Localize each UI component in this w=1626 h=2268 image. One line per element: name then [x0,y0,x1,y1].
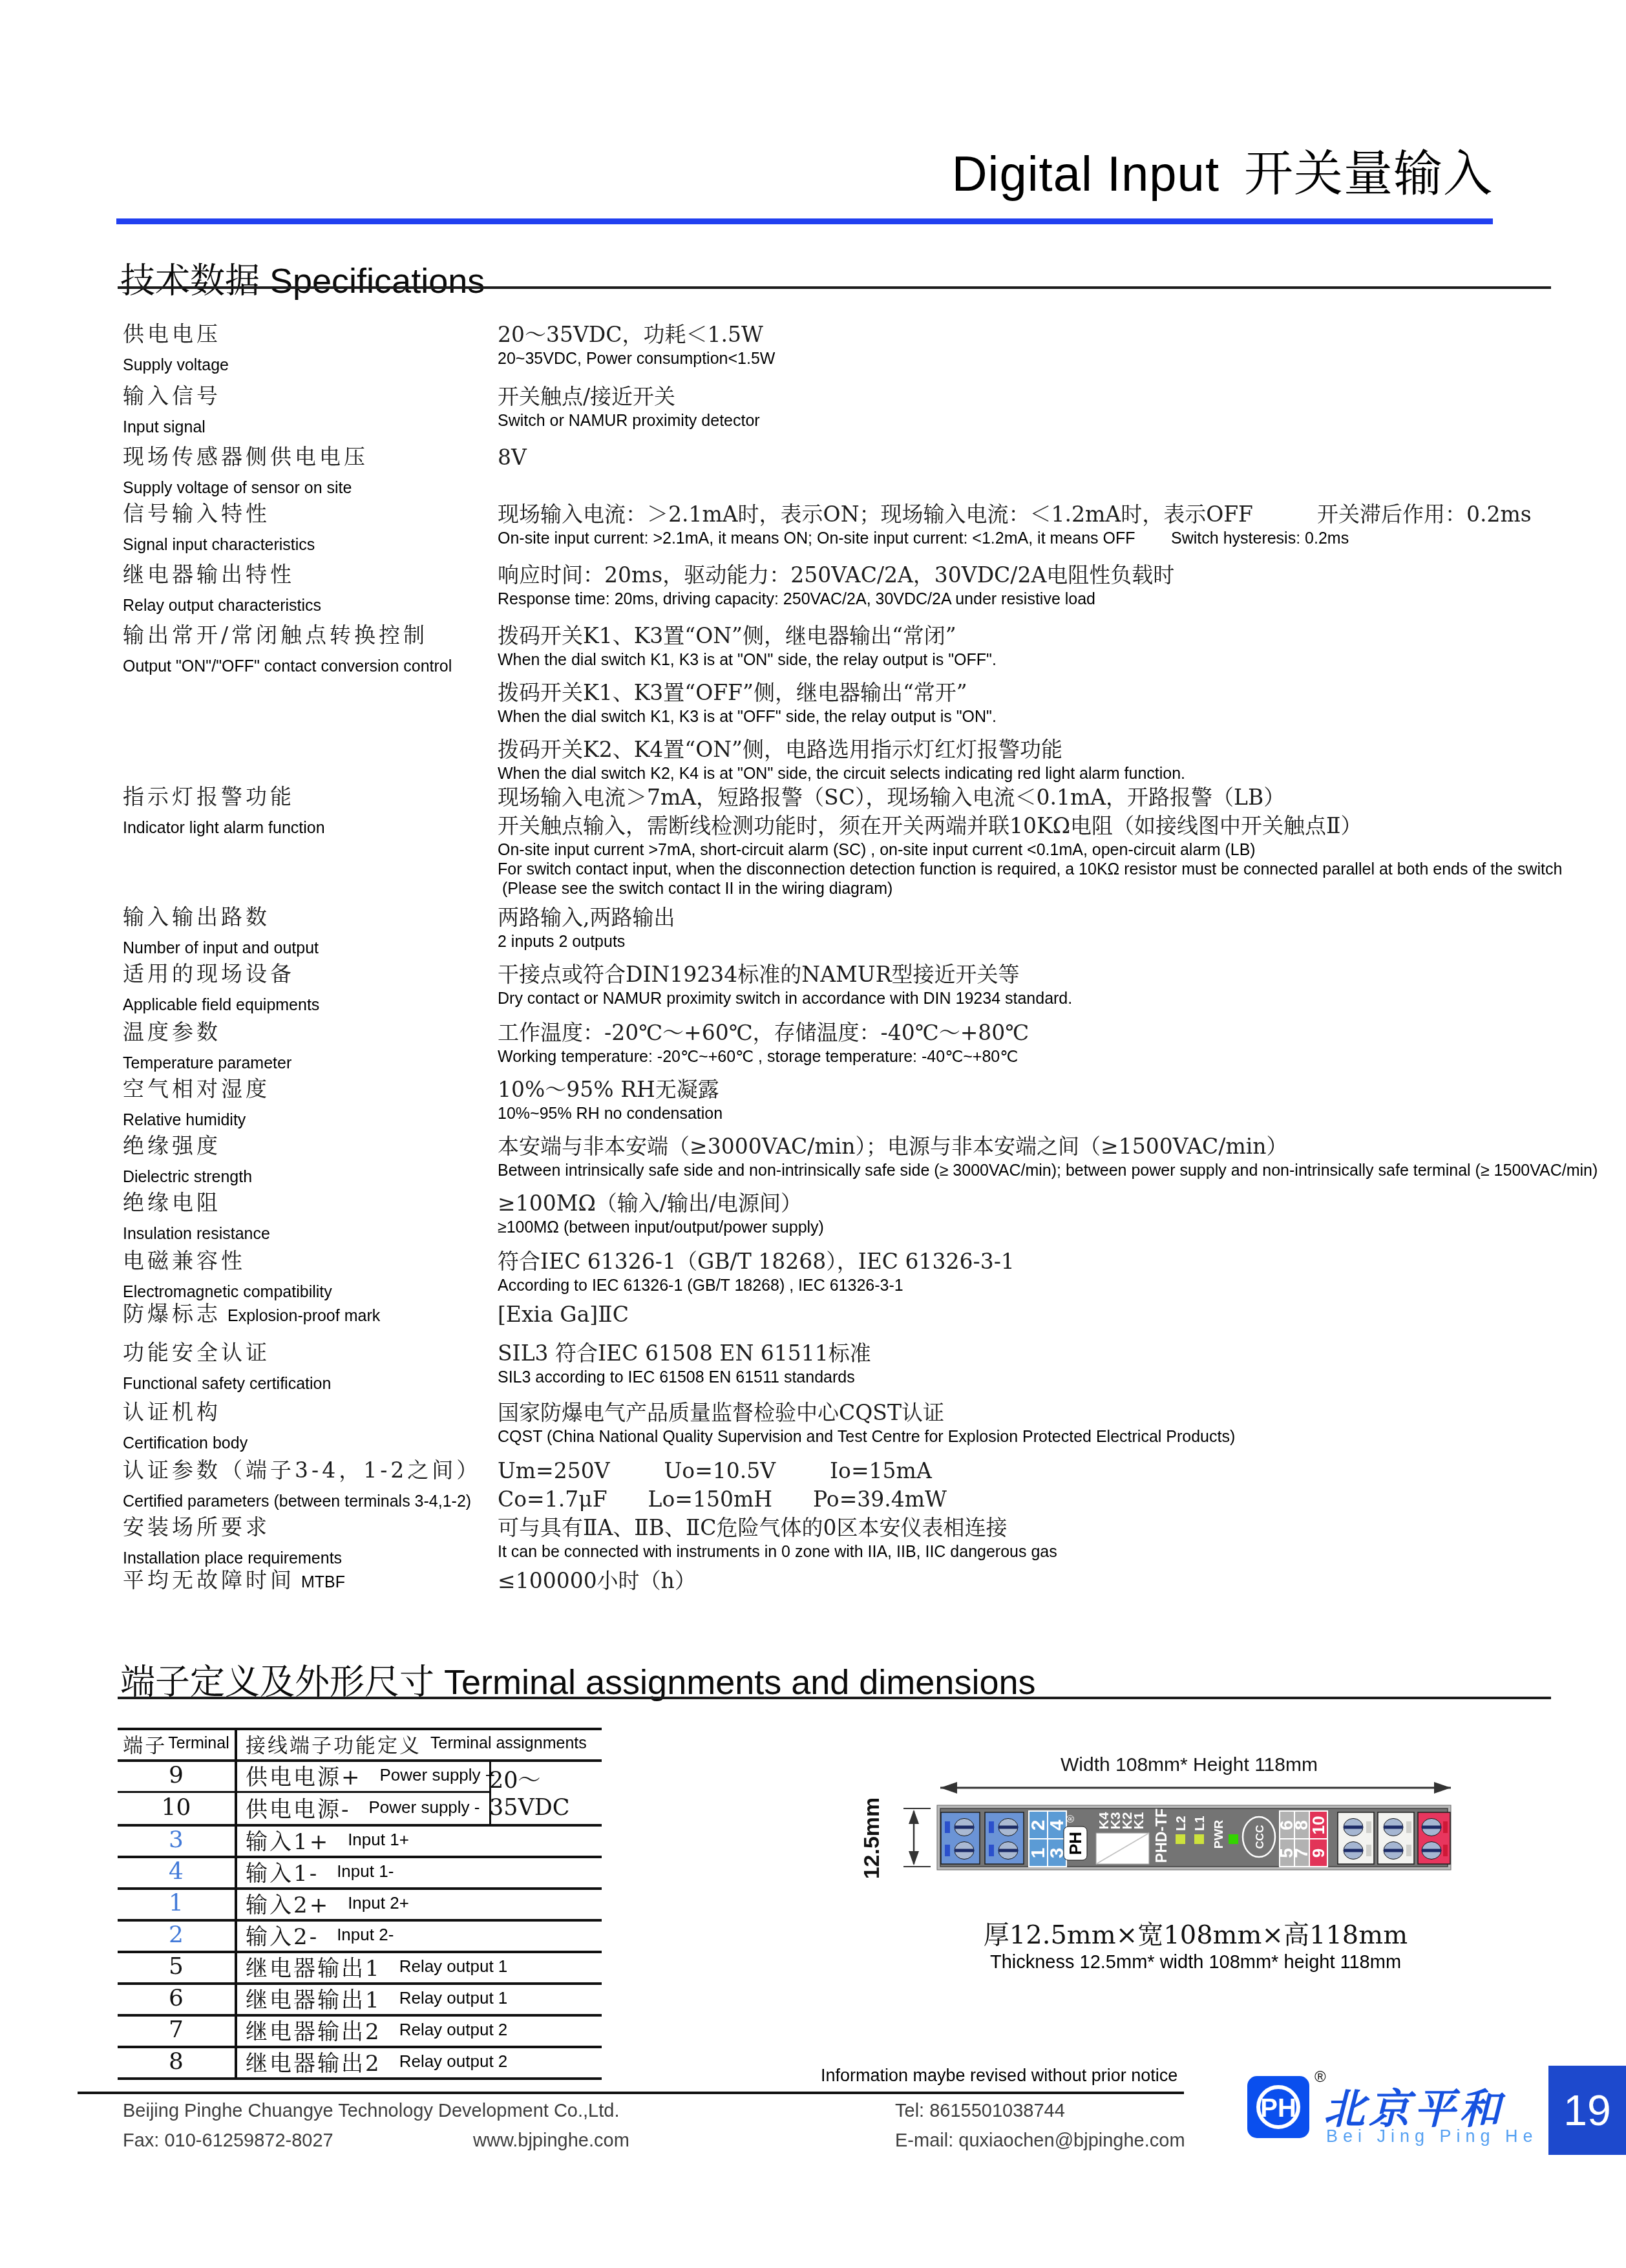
terminal-heading-en: Terminal assignments and dimensions [444,1663,1035,1702]
spec-value-zh: 拨码开关K1、K3置“OFF”侧，继电器输出“常开” [498,679,1557,707]
table-line [235,1728,237,2080]
spec-label-zh: 安装场所要求 [123,1514,485,1541]
terminal-function: 输入1-Input 1- [246,1856,394,1887]
footer-rule [78,2092,1184,2094]
spec-value-en: According to IEC 61326-1 (GB/T 18268) , … [498,1276,1557,1295]
terminal-function: 供电电源+Power supply + [246,1759,495,1791]
spec-label-en: Insulation resistance [123,1224,485,1244]
spec-label-zh: 适用的现场设备 [123,960,485,988]
spec-value-en: 2 inputs 2 outputs [498,932,1557,951]
terminal-number: 7 [118,2014,235,2046]
spec-value-en: SIL3 according to IEC 61508 EN 61511 sta… [498,1368,1557,1387]
specs-heading-rule [118,286,1551,289]
spec-label-en: Certification body [123,1434,485,1453]
spec-label-en: Relative humidity [123,1110,485,1130]
spec-value-zh: 可与具有ⅡA、ⅡB、ⅡC危险气体的0区本安仪表相连接 [498,1514,1557,1542]
spec-value-zh: 开关触点输入，需断线检测功能时，须在开关两端并联10KΩ电阻（如接线图中开关触点… [498,812,1557,840]
spec-value-en: It can be connected with instruments in … [498,1542,1557,1562]
spec-value-zh: 10%～95% RH无凝露 [498,1076,1557,1104]
blue-terminal-block [985,1812,1024,1864]
spec-label-en: Explosion-proof mark [227,1307,380,1325]
spec-label-en: Installation place requirements [123,1549,485,1568]
spec-label-zh: 电磁兼容性 [123,1247,485,1275]
spec-value-zh: 20～35VDC，功耗＜1.5W [498,321,1557,349]
spec-value-zh: 工作温度：-20℃～+60℃，存储温度：-40℃～+80℃ [498,1019,1557,1047]
terminal-number: 8 [118,2046,235,2077]
spec-label-en: Functional safety certification [123,1374,485,1394]
terminal-function: 继电器输出1Relay output 1 [246,1982,507,2014]
spec-value-en: 10%~95% RH no condensation [498,1104,1557,1123]
spec-value-zh: ≤100000小时（h） [498,1567,1557,1595]
white-terminal-block [1378,1812,1414,1864]
terminal-number: 5 [118,1951,235,1982]
spec-label-en: Certified parameters (between terminals … [123,1492,485,1511]
spec-value-en: Switch or NAMUR proximity detector [498,411,1557,430]
spec-value-en: Working temperature: -20℃~+60℃ , storage… [498,1047,1557,1066]
terminal-function: 继电器输出2Relay output 2 [246,2014,507,2046]
supply-voltage-cell: 20～35VDC [489,1759,602,1824]
spec-label-en: Temperature parameter [123,1054,485,1073]
spec-label-zh: 输出常开/常闭触点转换控制 [123,622,485,649]
ph-logo-text: PH [1066,1832,1085,1855]
led-pwr-icon [1229,1834,1238,1844]
spec-value-en: 20~35VDC, Power consumption<1.5W [498,349,1557,368]
spec-value-en: On-site input current: >2.1mA, it means … [498,529,1557,548]
spec-label-zh: 现场传感器侧供电电压 [123,443,485,471]
grid-number: 9 [1309,1849,1328,1858]
arrow-head-left [940,1782,957,1794]
dim-width-label: Width 108mm* Height 118mm [1061,1754,1318,1775]
terminal-number: 2 [118,1919,235,1951]
relay-terminal-number-grid: 6 8 5 7 [1276,1811,1311,1867]
spec-value-zh: 符合IEC 61326-1（GB/T 18268），IEC 61326-3-1 [498,1247,1557,1276]
spec-value-zh: Co=1.7μF Lo=150mH Po=39.4mW [498,1485,1557,1514]
spec-value-zh: 拨码开关K1、K3置“ON”侧，继电器输出“常闭” [498,622,1557,650]
terminal-table: 端子Terminal 接线端子功能定义Terminal assignments … [118,1728,602,2080]
spec-label-en: Indicator light alarm function [123,818,485,838]
white-terminal-block [1338,1812,1374,1864]
spec-value-zh: 两路输入,两路输出 [498,904,1557,932]
datasheet-page: Digital Input开关量输入 技术数据 Specifications 供… [0,0,1626,2268]
page-title-en: Digital Input [952,147,1219,202]
specs-heading-zh: 技术数据 [120,262,260,301]
terminal-number: 1 [118,1887,235,1919]
spec-label-en: Dielectric strength [123,1167,485,1187]
logo-letters: PH [1260,2094,1296,2123]
spec-value-zh: 响应时间：20ms，驱动能力：250VAC/2A，30VDC/2A电阻性负载时 [498,561,1557,589]
terminal-number: 3 [118,1824,235,1856]
spec-label-zh: 认证参数（端子3-4，1-2之间） [123,1457,485,1484]
tel: Tel: 8615501038744 [895,2101,1065,2122]
spec-label-zh: 指示灯报警功能 [123,783,485,811]
dial-switch-labels: K4 K3 K2 K1 [1097,1812,1146,1829]
spec-value-en: Response time: 20ms, driving capacity: 2… [498,589,1557,609]
spec-value-zh: 国家防爆电气产品质量监督检验中心CQST认证 [498,1399,1557,1427]
page-number-badge: 19 [1548,2066,1626,2155]
spec-label-zh: 信号输入特性 [123,500,485,527]
spec-label-zh: 绝缘强度 [123,1132,485,1160]
spec-label-zh: 防爆标志 [123,1301,221,1326]
spec-value-zh: Um=250V Uo=10.5V Io=15mA [498,1457,1557,1485]
spec-label-en: Signal input characteristics [123,535,485,555]
ccc-mark-text: CCC [1254,1825,1266,1849]
terminal-function: 输入1+Input 1+ [246,1824,409,1856]
page-title: Digital Input开关量输入 [952,134,1493,205]
spec-value-en: Dry contact or NAMUR proximity switch in… [498,989,1557,1008]
spec-label-en: Supply voltage of sensor on site [123,478,485,498]
spec-label-en: Number of input and output [123,938,485,958]
spec-label-en: MTBF [301,1573,345,1591]
spec-value-en: When the dial switch K1, K3 is at "OFF" … [498,707,1557,726]
arrow-head-down [909,1851,919,1865]
spec-label-zh: 绝缘电阻 [123,1189,485,1216]
website: www.bjpinghe.com [473,2130,629,2152]
terminal-function: 继电器输出2Relay output 2 [246,2046,507,2077]
spec-label-zh: 认证机构 [123,1399,485,1426]
fax: Fax: 010-61259872-8027 [123,2130,333,2152]
spec-value-en: ≥100MΩ (between input/output/power suppl… [498,1218,1557,1237]
spec-value-en: (Please see the switch contact II in the… [498,879,1557,898]
spec-value-en: For switch contact input, when the disco… [498,860,1557,879]
table-header-assignments: 接线端子功能定义Terminal assignments [246,1728,587,1759]
led-label: PWR [1212,1820,1226,1849]
terminal-heading-rule [118,1697,1551,1699]
page-title-zh: 开关量输入 [1244,147,1493,202]
dim-thickness-label: 12.5mm [860,1797,884,1880]
spec-label-en: Applicable field equipments [123,995,485,1015]
size-label-zh: 厚12.5mm×宽108mm×高118mm [840,1914,1551,1951]
specs-section-heading: 技术数据 Specifications [120,253,485,303]
table-line [118,2077,602,2080]
terminal-function: 输入2+Input 2+ [246,1887,409,1919]
spec-label-en: Supply voltage [123,355,485,375]
module-dimension-drawing: Width 108mm* Height 118mm 12.5mm [840,1739,1583,1933]
terminal-heading-zh: 端子定义及外形尺寸 [120,1663,434,1702]
red-terminal-block [1418,1812,1450,1864]
spec-label-zh: 功能安全认证 [123,1339,485,1366]
registered-mark-icon: ® [1066,1815,1077,1823]
dial-label: K1 [1132,1812,1146,1829]
specs-heading-en: Specifications [269,262,485,301]
led-l2-icon [1176,1834,1185,1844]
spec-label-zh: 温度参数 [123,1019,485,1046]
blue-terminal-block [941,1812,980,1864]
spec-label-zh: 输入信号 [123,383,485,410]
spec-label-zh: 输入输出路数 [123,904,485,931]
spec-value-zh: 本安端与非本安端（≥3000VAC/min）；电源与非本安端之间（≥1500VA… [498,1132,1557,1161]
terminal-number: 10 [118,1791,235,1824]
arrow-head-right [1434,1782,1451,1794]
spec-value-zh: SIL3 符合IEC 61508 EN 61511标准 [498,1339,1557,1368]
spec-value-zh: 现场输入电流＞7mA，短路报警（SC），现场输入电流＜0.1mA，开路报警（LB… [498,783,1557,812]
spec-label-en: Electromagnetic compatibility [123,1282,485,1302]
spec-label-en: Relay output characteristics [123,596,485,615]
email: E-mail: quxiaochen@bjpinghe.com [895,2130,1185,2152]
title-accent-rule [116,218,1493,224]
spec-label-zh: 空气相对湿度 [123,1076,485,1103]
company-name: Beijing Pinghe Chuangye Technology Devel… [123,2101,619,2122]
spec-value-zh: 干接点或符合DIN19234标准的NAMUR型接近开关等 [498,960,1557,989]
spec-value-en: When the dial switch K1, K3 is at "ON" s… [498,650,1557,670]
spec-value-zh: 拨码开关K2、K4置“ON”侧，电路选用指示灯红灯报警功能 [498,736,1557,764]
arrow-head-up [909,1810,919,1824]
spec-value-zh: 现场输入电流：＞2.1mA时，表示ON；现场输入电流：＜1.2mA时，表示OFF… [498,500,1557,529]
power-terminal-number-cells: 10 9 [1309,1811,1328,1867]
spec-label-en: Input signal [123,418,485,437]
led-label: L2 [1174,1816,1188,1830]
spec-value-en: On-site input current >7mA, short-circui… [498,840,1557,860]
spec-value-en: When the dial switch K2, K4 is at "ON" s… [498,764,1557,783]
terminal-function: 继电器输出1Relay output 1 [246,1951,507,1982]
led-l1-icon [1194,1834,1204,1844]
revision-note: Information maybe revised without prior … [821,2066,1183,2086]
spec-label-zh: 平均无故障时间 [123,1567,295,1593]
spec-label-zh: 供电电压 [123,321,485,348]
terminal-function: 供电电源-Power supply - [246,1791,480,1824]
spec-value-zh: 开关触点/接近开关 [498,383,1557,411]
input-terminal-number-grid: 2 4 1 3 [1028,1811,1068,1867]
spec-value-en: CQST (China National Quality Supervision… [498,1427,1557,1447]
terminal-number: 4 [118,1856,235,1887]
terminal-function: 输入2-Input 2- [246,1919,394,1951]
company-logo-icon: PH [1247,2076,1309,2138]
spec-value-zh: 8V [498,443,1557,472]
terminal-number: 9 [118,1759,235,1791]
spec-label-en: Output "ON"/"OFF" contact conversion con… [123,657,485,676]
grid-number: 10 [1309,1816,1328,1835]
model-label: PHD-TF [1153,1808,1170,1863]
company-logo-en: Bei Jing Ping He [1326,2126,1538,2146]
size-label-en: Thickness 12.5mm* width 108mm* height 11… [840,1952,1551,1973]
terminal-number: 6 [118,1982,235,2014]
spec-value-zh: [Exia Ga]ⅡC [498,1300,1557,1329]
spec-value-en: Between intrinsically safe side and non-… [498,1161,1557,1180]
led-label: L1 [1193,1816,1207,1830]
spec-label-zh: 继电器输出特性 [123,561,485,588]
spec-value-zh: ≥100MΩ（输入/输出/电源间） [498,1189,1557,1218]
table-header-terminal: 端子Terminal [118,1728,235,1759]
